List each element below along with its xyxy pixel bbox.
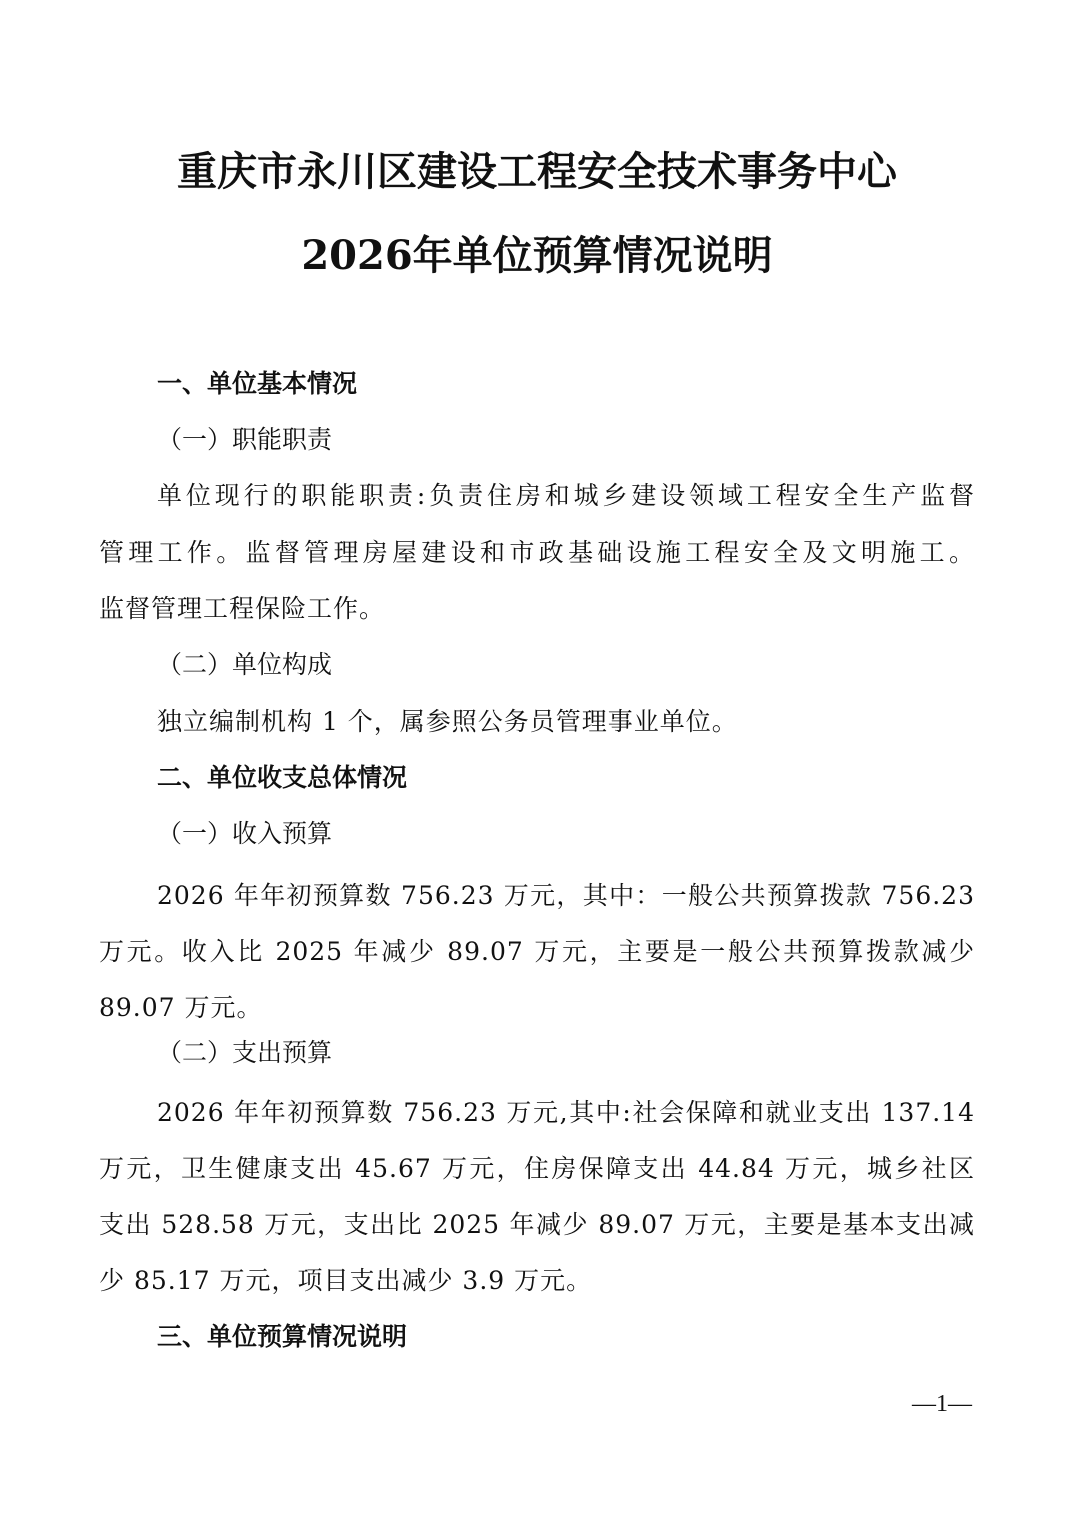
paragraph-line: 管理工作。监督管理房屋建设和市政基础设施工程安全及文明施工。	[99, 536, 975, 570]
subsection-heading-1-2: （二）单位构成	[157, 648, 332, 682]
document-title-line-2: 2026年单位预算情况说明	[0, 232, 1074, 280]
document-page: 重庆市永川区建设工程安全技术事务中心 2026年单位预算情况说明 一、单位基本情…	[0, 0, 1074, 1520]
paragraph-line: 单位现行的职能职责:负责住房和城乡建设领域工程安全生产监督	[157, 479, 975, 513]
paragraph-line: 独立编制机构 1 个，属参照公务员管理事业单位。	[157, 705, 738, 739]
paragraph-line: 万元，卫生健康支出 45.67 万元，住房保障支出 44.84 万元，城乡社区	[99, 1152, 975, 1186]
paragraph-line: 少 85.17 万元，项目支出减少 3.9 万元。	[99, 1264, 592, 1298]
paragraph-line: 监督管理工程保险工作。	[99, 592, 385, 626]
section-heading-2: 二、单位收支总体情况	[157, 761, 407, 795]
paragraph-line: 支出 528.58 万元，支出比 2025 年减少 89.07 万元，主要是基本…	[99, 1208, 975, 1242]
paragraph-line: 万元。收入比 2025 年减少 89.07 万元，主要是一般公共预算拨款减少	[99, 935, 975, 969]
paragraph-line: 2026 年年初预算数 756.23 万元,其中:社会保障和就业支出 137.1…	[157, 1096, 975, 1130]
paragraph-line: 89.07 万元。	[99, 991, 263, 1025]
document-title-line-1: 重庆市永川区建设工程安全技术事务中心	[0, 148, 1074, 196]
page-number: —1—	[912, 1389, 972, 1419]
section-heading-1: 一、单位基本情况	[157, 367, 357, 401]
subsection-heading-1-1: （一）职能职责	[157, 423, 332, 457]
paragraph-line: 2026 年年初预算数 756.23 万元，其中：一般公共预算拨款 756.23	[157, 879, 975, 913]
section-heading-3: 三、单位预算情况说明	[157, 1320, 407, 1354]
subsection-heading-2-2: （二）支出预算	[157, 1036, 332, 1070]
subsection-heading-2-1: （一）收入预算	[157, 817, 332, 851]
